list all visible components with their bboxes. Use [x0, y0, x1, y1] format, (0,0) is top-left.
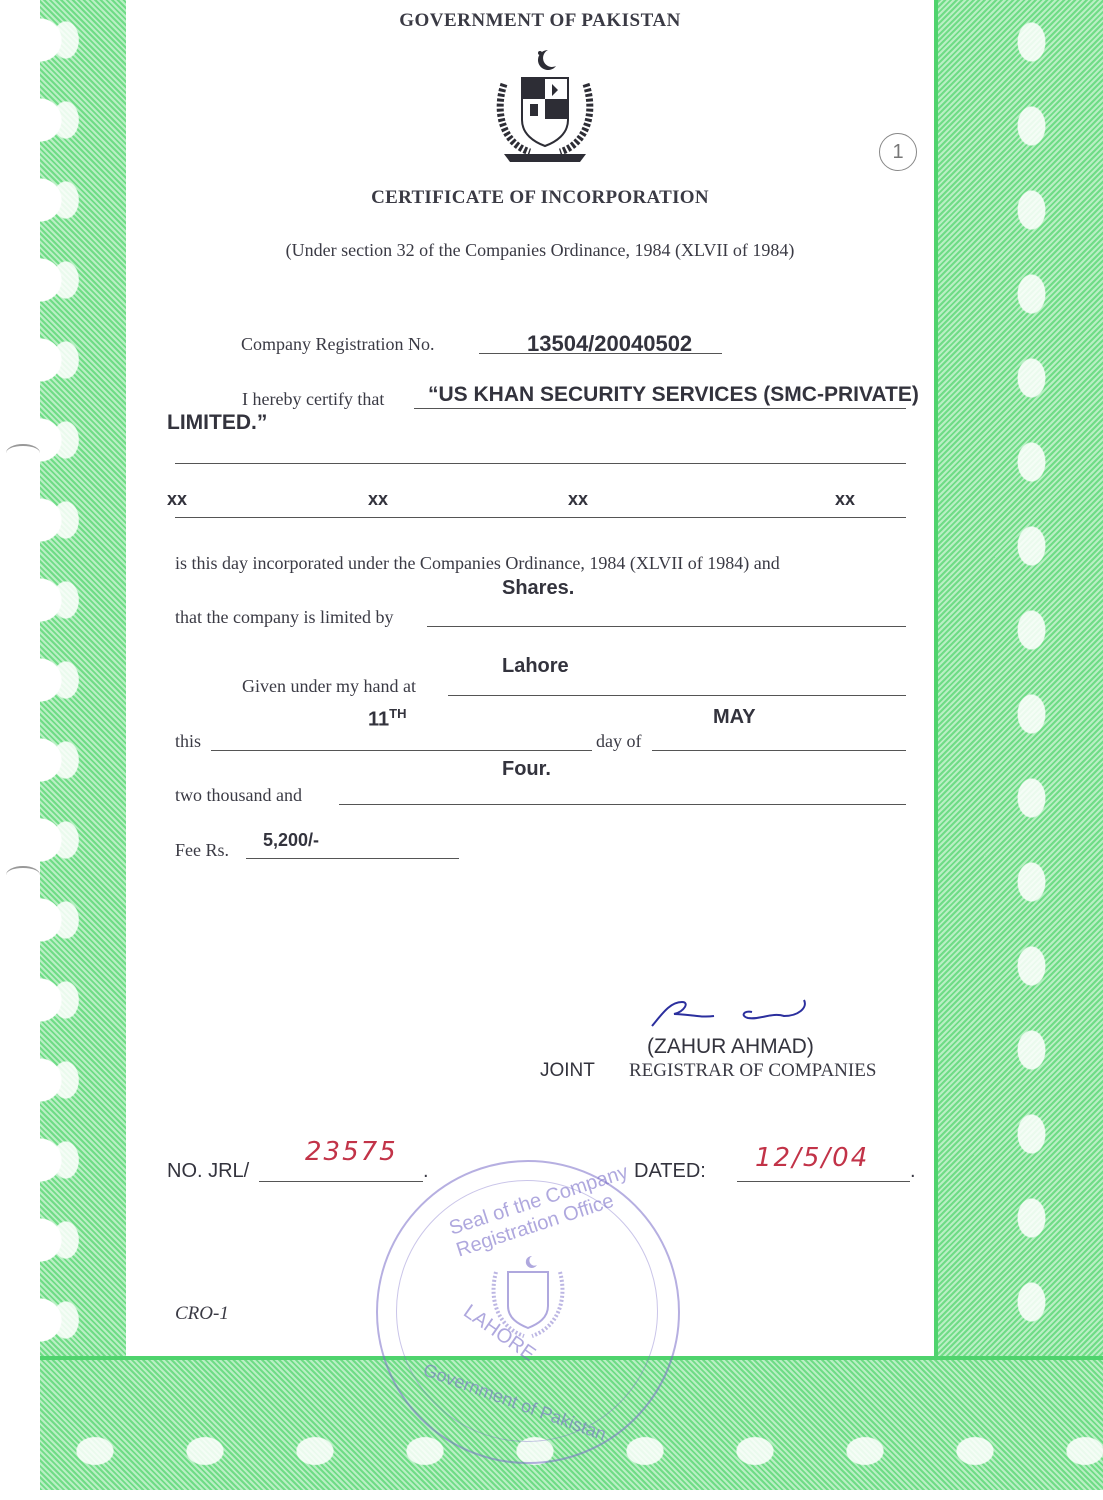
company-name-line2: LIMITED.” [167, 411, 267, 435]
placeholder-3: xx [568, 489, 588, 510]
punch-hole-mark [6, 444, 40, 462]
signatory-name: (ZAHUR AHMAD) [647, 1035, 814, 1059]
jrl-period: . [423, 1160, 429, 1183]
signature-icon [648, 996, 818, 1032]
blank-line [175, 517, 906, 518]
dated-period: . [910, 1160, 916, 1183]
punch-hole-mark [6, 866, 40, 884]
seal-emblem-icon [488, 1252, 568, 1342]
fee-label: Fee Rs. [175, 840, 229, 861]
this-label: this [175, 731, 201, 752]
guilloche-border-left [40, 0, 130, 1400]
guilloche-border-right [934, 0, 1103, 1400]
day-value: 11TH [368, 706, 407, 732]
blank-line [175, 463, 906, 464]
certificate-title: CERTIFICATE OF INCORPORATION [0, 187, 1080, 209]
year-value: Four. [502, 758, 551, 781]
month-underline [652, 750, 906, 751]
certificate-subtitle: (Under section 32 of the Companies Ordin… [0, 240, 1080, 261]
month-value: MAY [713, 706, 756, 729]
state-emblem-icon [490, 44, 600, 170]
day-underline [211, 750, 592, 751]
dated-underline [737, 1181, 910, 1182]
place-label: Given under my hand at [242, 676, 416, 697]
day-number: 11 [368, 709, 389, 731]
registration-office-seal: Seal of the Company Registration Office … [376, 1160, 680, 1464]
signatory-prefix: JOINT [540, 1060, 595, 1082]
fee-underline [246, 858, 459, 859]
page-number-mark: 1 [879, 133, 917, 171]
day-suffix: TH [389, 706, 406, 721]
registration-number: 13504/20040502 [527, 331, 692, 357]
incorporation-statement: is this day incorporated under the Compa… [175, 553, 780, 574]
company-name-underline [414, 408, 906, 409]
placeholder-4: xx [835, 489, 855, 510]
year-label: two thousand and [175, 785, 302, 806]
placeholder-2: xx [368, 489, 388, 510]
placeholder-1: xx [167, 489, 187, 510]
place-value: Lahore [502, 655, 569, 678]
company-name-line1: “US KHAN SECURITY SERVICES (SMC-PRIVATE) [428, 383, 919, 407]
certify-label: I hereby certify that [242, 389, 384, 410]
form-code: CRO-1 [175, 1303, 229, 1325]
fee-value: 5,200/- [263, 830, 319, 851]
registration-label: Company Registration No. [241, 334, 434, 355]
dated-value: 12/5/04 [755, 1143, 869, 1173]
jrl-underline [259, 1181, 423, 1182]
signatory-title: REGISTRAR OF COMPANIES [629, 1060, 876, 1082]
jrl-number: 23575 [305, 1137, 398, 1167]
place-underline [448, 695, 906, 696]
day-of-label: day of [596, 731, 641, 752]
limited-by-label: that the company is limited by [175, 607, 393, 628]
year-underline [339, 804, 906, 805]
limited-by-value: Shares. [502, 577, 574, 600]
limited-by-underline [427, 626, 906, 627]
government-heading: GOVERNMENT OF PAKISTAN [0, 10, 1080, 32]
jrl-label: NO. JRL/ [167, 1160, 249, 1183]
